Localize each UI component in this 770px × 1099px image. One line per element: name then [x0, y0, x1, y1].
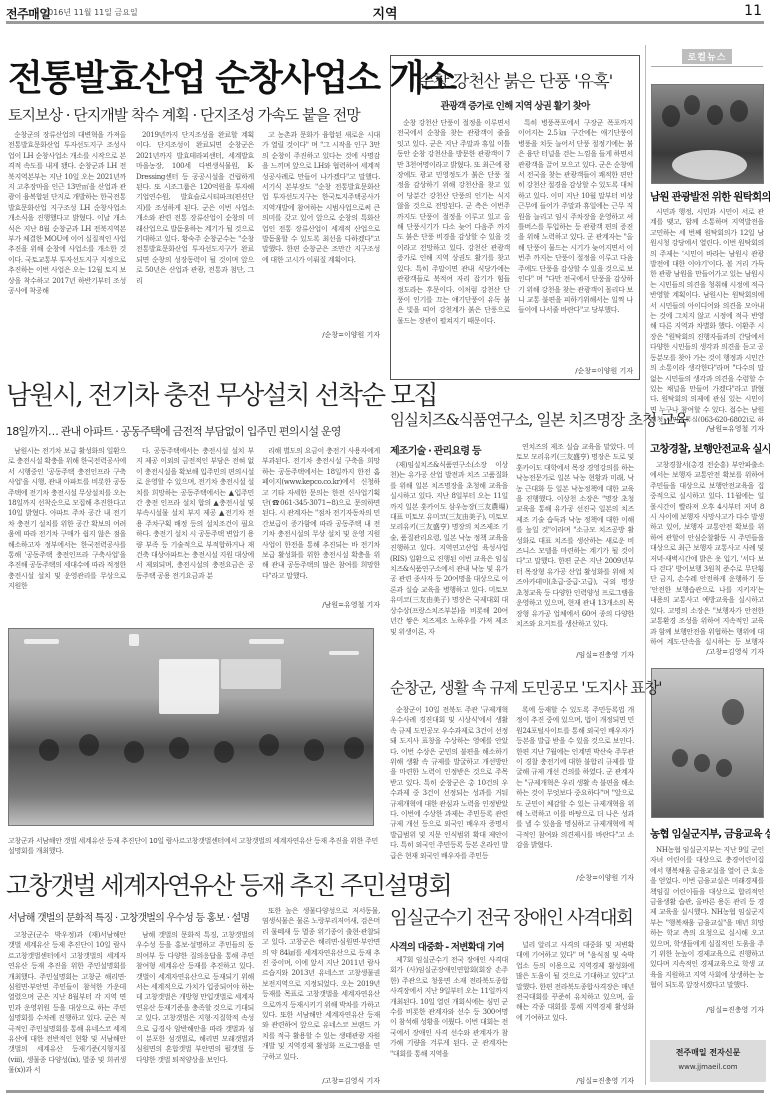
- sidebar-story3-byline: /임실=진충영 기자: [650, 1005, 764, 1015]
- section-title: 지역: [0, 3, 770, 22]
- boxed-article-col1: 순창 강천산 단풍이 절정을 이루면서 전국에서 순창을 찾는 관광객이 줄을 …: [397, 118, 510, 366]
- article1-col1: 순창군의 장류산업의 대변혁을 가져올 전통발효문화산업 투자선도지구 조성사업…: [8, 130, 126, 340]
- article2-headline: 남원시, 전기차 충전 무상설치 선착순 모집: [6, 375, 437, 412]
- article1-byline: /순창=이양원 기자: [262, 330, 380, 340]
- sidebar-logo-bar: 로컬뉴스: [651, 45, 763, 67]
- article5-col1: 고창군(군수 박우정)과 (재)서남해안 갯벌 세계유산 등재 추진단이 10일…: [8, 930, 126, 1080]
- sidebar-story1-body: 시민과 행정, 시민과 시민이 서로 관계를 맺고, 함께 소통하며 지역발전을…: [650, 207, 764, 422]
- article3-subhead: 제조기술 · 관리요령 등: [390, 442, 481, 457]
- article2-col3: 리해 별도의 요금이 충전기 사용자에게 부과된다. 전기차 충전시설 구축을 …: [262, 446, 380, 596]
- sidebar-story3-headline: 농협 임실군지부, 금융교육 실시: [650, 826, 770, 841]
- e-paper-url[interactable]: www.jjmaeil.com: [650, 1063, 766, 1071]
- article4-col1: 순창군이 10일 전북도 주관 '규제개혁 우수사례 경진대회 및 시상식'에서…: [390, 705, 508, 883]
- article2-subhead: 18일까지… 관내 아파트 · 공동주택에 금전적 부담없이 입주민 편의시설 …: [6, 423, 341, 439]
- boxed-article-headline: 순창 강천산 붉은 단풍 '유혹': [390, 67, 640, 92]
- sidebar-story3-body: NH농협 임실군지부는 지난 9일 군인자녀 어린이를 대상으로 충경어린이집에…: [650, 845, 764, 1005]
- article6-col2: 널리 알리고 사격의 대중화 및 저변확대에 기여하고 있다" 며 "음식점 및…: [516, 940, 634, 1074]
- article5-subhead: 서남해 갯벌의 문화적 특징 · 고창갯벌의 우수성 등 홍보 · 설명: [8, 909, 249, 924]
- masthead-rule: [6, 21, 764, 24]
- sidebar-photo-roundtable: [651, 84, 764, 184]
- article2-col1: 남원시는 전기차 보급 활성화의 일환으로 충전시설 확충을 위해 한국전력공사…: [8, 446, 126, 608]
- sidebar-photo-finance: [651, 668, 764, 818]
- article1-col3: 고 농촌과 문화가 융합된 새로운 시대가 열릴 것이다" 며 "그 시작을 인…: [262, 130, 380, 330]
- article4-byline: /순창=이양원 기자: [516, 873, 634, 883]
- article6-byline: /임실=진충영 기자: [516, 1076, 634, 1086]
- boxed-article-subhead: 관광객 증가로 인해 지역 상권 활기 찾아: [390, 98, 640, 112]
- article5-col2: 남해 갯벌의 문화적 특징, 고창갯벌의 우수성 등을 홍보·설명하고 주민들의…: [136, 930, 254, 1080]
- article1-subhead: 토지보상 · 단지개발 착수 계획 · 단지조성 가속도 붙을 전망: [8, 104, 360, 125]
- article2-byline: /남원=유영철 기자: [262, 600, 380, 610]
- sidebar-story1-headline: 남원 관광발전 위한 원탁회의: [650, 189, 770, 204]
- page-number: 11: [744, 3, 762, 19]
- article6-headline: 임실군수기 전국 장애인 사격대회: [390, 904, 632, 930]
- article5-photo-caption: 고창군과 서남해안 갯벌 세계유산 등재 추진단이 10일 람사르고창갯벌센터에…: [8, 836, 378, 860]
- article6-subhead: 사격의 대중화 - 저변확대 기여: [390, 939, 504, 953]
- article3-byline: /임실=진충영 기자: [516, 650, 634, 660]
- e-paper-title: 전주매일 전자신문: [650, 1047, 766, 1058]
- sidebar-story2-headline: 고창경찰, 보행안전교육 실시: [650, 441, 770, 456]
- article4-col2: 록에 등재할 수 있도록 주민등록법 개정이 추진 중에 있으며, 법이 개정되…: [516, 705, 634, 873]
- article5-col3: 또한 높은 생물다양성으로 저서동물, 염생식물은 물론 노랑부리저어새, 검은…: [262, 906, 380, 1074]
- article3-headline: 임실치즈&식품연구소, 일본 치즈명장 초청 교육: [390, 408, 688, 430]
- sidebar-divider: [645, 45, 646, 1085]
- article6-col1: 제7회 임실군수기 전국 장애인 사격대회가 (사)임실군장애인연합회(회장 손…: [390, 955, 508, 1083]
- footer-rule: [6, 1090, 764, 1093]
- article4-headline: 순창군, 생활 속 규제 도민공모 '도지사 표창': [390, 676, 662, 698]
- article3-col1: (재)임실치즈&식품연구소(소장 이상천)는 유가공 산업 발전과 치즈 고품질…: [390, 460, 508, 660]
- sidebar-story2-byline: /고창=김영식 기자: [650, 647, 764, 657]
- article5-photo: [8, 628, 374, 826]
- sidebar-story2-body: 고창경찰서(총경 전순흥) 부안파출소에서는 보행자 교통안전 확보를 위하여 …: [650, 460, 764, 645]
- article5-byline: /고창=김영식 기자: [262, 1076, 380, 1086]
- article3-col2: 연치즈의 제조 실습 교육을 맡았다. 미토모 모리유키(三友盛亨) 명장은 도…: [516, 442, 634, 650]
- article5-headline: 고창갯벌 세계자연유산 등재 추진 주민설명회: [6, 866, 451, 902]
- article1-headline: 전통발효산업 순창사업소 개소: [8, 50, 455, 101]
- boxed-article-byline: /순창=이양원 기자: [518, 366, 633, 376]
- article1-col2: 2019년까지 단지조성을 완료할 계획이다. 단지조성이 완료되면 순창군은 …: [136, 130, 254, 340]
- boxed-article-col2: 특히 병풍폭포에서 구장군 폭포까지 이어지는 2.5㎞ 구간에는 애기단풍이 …: [518, 118, 633, 353]
- local-news-logo: 로컬뉴스: [682, 49, 733, 64]
- article2-col2: 다. 공동주택에서는 충전시설 설치 부지 제공 이외의 금전적인 부담은 전혀…: [136, 446, 254, 608]
- e-paper-ad[interactable]: 전주매일 전자신문 www.jjmaeil.com: [650, 1040, 766, 1082]
